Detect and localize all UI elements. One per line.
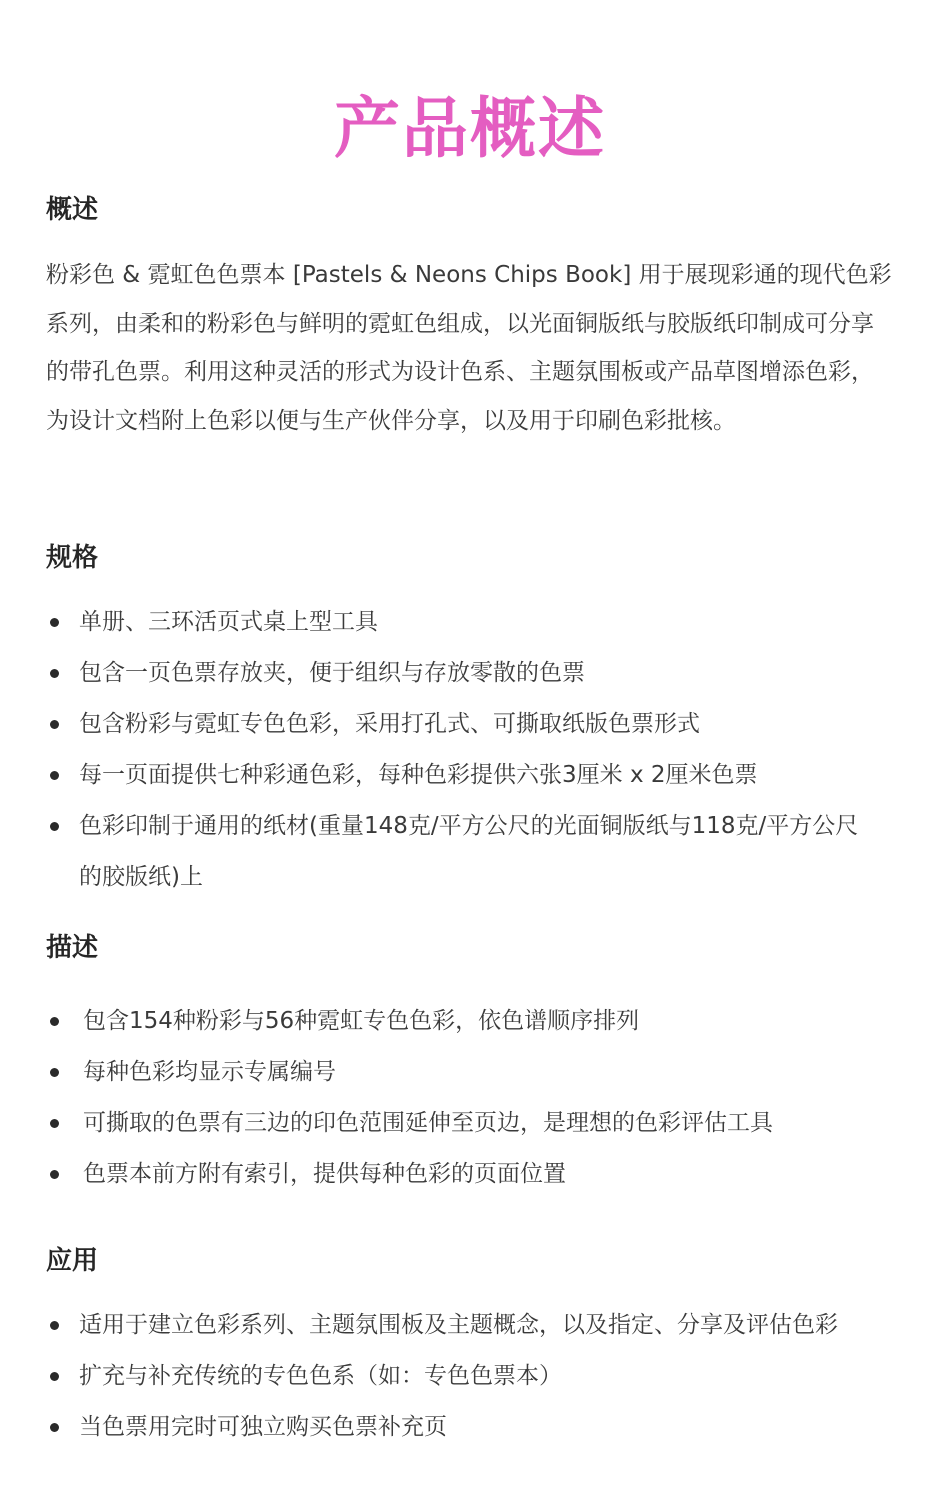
- overview-paragraph: 粉彩色 & 霓虹色色票本 [Pastels & Neons Chips Book…: [46, 251, 896, 445]
- list-item: 扩充与补充传统的专色色系（如：专色色票本）: [46, 1351, 926, 1402]
- bullet-icon: [50, 1321, 59, 1330]
- list-item-text: 包含一页色票存放夹，便于组织与存放零散的色票: [79, 660, 585, 686]
- list-item: 色票本前方附有索引，提供每种色彩的页面位置: [46, 1149, 906, 1200]
- list-item-text: 单册、三环活页式桌上型工具: [79, 609, 378, 635]
- applications-list: 适用于建立色彩系列、主题氛围板及主题概念，以及指定、分享及评估色彩 扩充与补充传…: [46, 1300, 926, 1453]
- list-item-text: 扩充与补充传统的专色色系（如：专色色票本）: [79, 1363, 562, 1389]
- list-item: 包含154种粉彩与56种霓虹专色色彩，依色谱顺序排列: [46, 996, 906, 1047]
- list-item-text: 包含粉彩与霓虹专色色彩，采用打孔式、可撕取纸版色票形式: [79, 711, 700, 737]
- list-item-text: 可撕取的色票有三边的印色范围延伸至页边，是理想的色彩评估工具: [83, 1110, 773, 1136]
- list-item: 单册、三环活页式桌上型工具: [46, 597, 906, 648]
- list-item: 包含一页色票存放夹，便于组织与存放零散的色票: [46, 648, 906, 699]
- description-heading: 描述: [46, 930, 98, 966]
- overview-heading: 概述: [46, 192, 98, 228]
- bullet-icon: [50, 1423, 59, 1432]
- list-item: 当色票用完时可独立购买色票补充页: [46, 1402, 926, 1453]
- page-title: 产品概述: [0, 84, 940, 174]
- bullet-icon: [50, 720, 59, 729]
- bullet-icon: [50, 1068, 59, 1077]
- bullet-icon: [50, 771, 59, 780]
- bullet-icon: [50, 1372, 59, 1381]
- bullet-icon: [50, 1170, 59, 1179]
- list-item: 包含粉彩与霓虹专色色彩，采用打孔式、可撕取纸版色票形式: [46, 699, 906, 750]
- bullet-icon: [50, 618, 59, 627]
- specs-list: 单册、三环活页式桌上型工具 包含一页色票存放夹，便于组织与存放零散的色票 包含粉…: [46, 597, 906, 903]
- list-item-text: 适用于建立色彩系列、主题氛围板及主题概念，以及指定、分享及评估色彩: [79, 1312, 838, 1338]
- list-item-text: 每种色彩均显示专属编号: [83, 1059, 336, 1085]
- bullet-icon: [50, 669, 59, 678]
- list-item-text: 当色票用完时可独立购买色票补充页: [79, 1414, 447, 1440]
- specs-heading: 规格: [46, 540, 98, 576]
- list-item: 适用于建立色彩系列、主题氛围板及主题概念，以及指定、分享及评估色彩: [46, 1300, 926, 1351]
- description-list: 包含154种粉彩与56种霓虹专色色彩，依色谱顺序排列 每种色彩均显示专属编号 可…: [46, 996, 906, 1200]
- applications-heading: 应用: [46, 1243, 98, 1279]
- list-item: 每一页面提供七种彩通色彩，每种色彩提供六张3厘米 x 2厘米色票: [46, 750, 906, 801]
- list-item: 可撕取的色票有三边的印色范围延伸至页边，是理想的色彩评估工具: [46, 1098, 906, 1149]
- bullet-icon: [50, 1119, 59, 1128]
- list-item: 色彩印制于通用的纸材(重量148克/平方公尺的光面铜版纸与118克/平方公尺的胶…: [46, 801, 879, 903]
- list-item-text: 每一页面提供七种彩通色彩，每种色彩提供六张3厘米 x 2厘米色票: [79, 762, 758, 788]
- list-item: 每种色彩均显示专属编号: [46, 1047, 906, 1098]
- list-item-text: 包含154种粉彩与56种霓虹专色色彩，依色谱顺序排列: [83, 1008, 639, 1034]
- bullet-icon: [50, 822, 59, 831]
- list-item-text: 色彩印制于通用的纸材(重量148克/平方公尺的光面铜版纸与118克/平方公尺的胶…: [79, 813, 858, 890]
- list-item-text: 色票本前方附有索引，提供每种色彩的页面位置: [83, 1161, 566, 1187]
- bullet-icon: [50, 1017, 59, 1026]
